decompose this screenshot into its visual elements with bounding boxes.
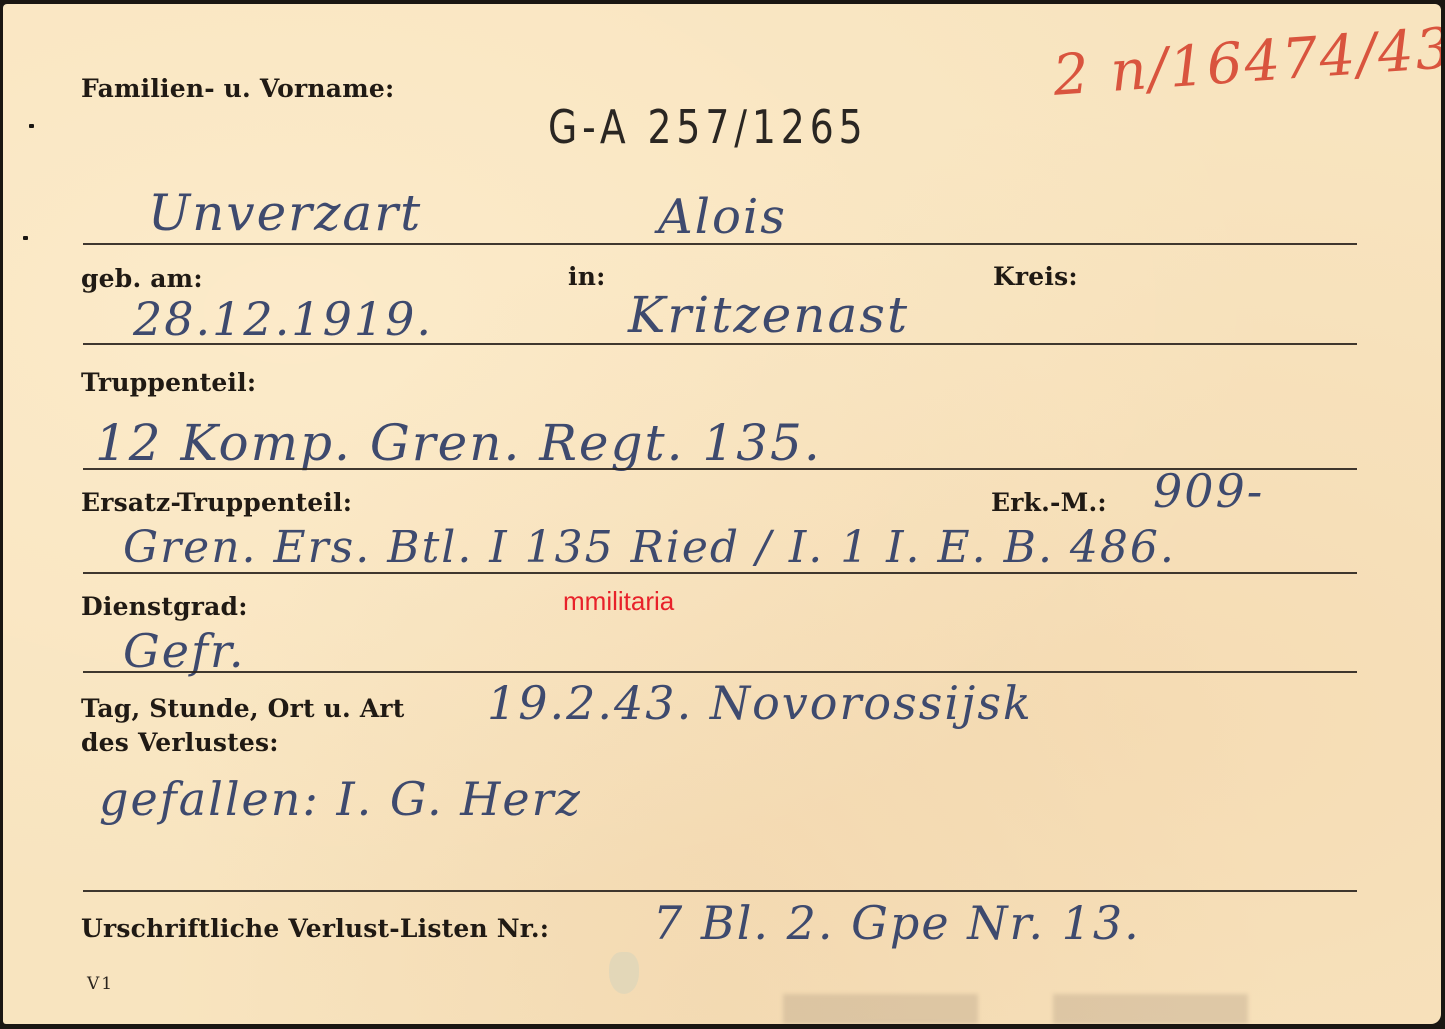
district-label: Kreis:	[993, 262, 1078, 291]
red-reference-number: 2 n/16474/43.	[1051, 15, 1441, 109]
unit-label: Truppenteil:	[81, 368, 256, 397]
surname-value: Unverzart	[148, 184, 422, 242]
replacement-unit-rule	[83, 572, 1357, 574]
loss-label-line1: Tag, Stunde, Ort u. Art	[81, 694, 405, 723]
loss-circumstance-value: gefallen: I. G. Herz	[99, 772, 582, 826]
replacement-unit-value: Gren. Ers. Btl. I 135 Ried / I. 1 I. E. …	[123, 522, 1176, 573]
rank-rule	[83, 671, 1357, 673]
typed-file-number: G-A 257/1265	[548, 100, 868, 154]
loss-label-line2: des Verlustes:	[81, 728, 279, 757]
birth-date-value: 28.12.1919.	[133, 292, 433, 346]
name-label: Familien- u. Vorname:	[81, 74, 394, 103]
loss-lists-value: 7 Bl. 2. Gpe Nr. 13.	[653, 896, 1141, 950]
form-code: V1	[87, 974, 114, 994]
birth-place-label: in:	[568, 262, 606, 291]
given-name-value: Alois	[658, 189, 787, 245]
rank-value: Gefr.	[123, 624, 246, 678]
punch-mark	[29, 124, 34, 128]
birth-date-label: geb. am:	[81, 264, 203, 293]
rank-label: Dienstgrad:	[81, 592, 248, 621]
watermark: mmilitaria	[563, 586, 674, 617]
paper-smudge	[1053, 994, 1248, 1024]
birth-rule	[83, 343, 1357, 345]
index-card: Familien- u. Vorname: G-A 257/1265 2 n/1…	[3, 4, 1441, 1024]
paper-smudge	[783, 994, 978, 1024]
ekm-value: 909-	[1153, 464, 1264, 518]
faint-stamp-mark	[609, 952, 639, 994]
unit-value: 12 Komp. Gren. Regt. 135.	[95, 414, 822, 472]
name-rule	[83, 243, 1357, 245]
loss-lists-label: Urschriftliche Verlust-Listen Nr.:	[81, 914, 549, 943]
punch-mark	[23, 236, 28, 240]
loss-date-place-value: 19.2.43. Novorossijsk	[487, 676, 1033, 730]
ekm-label: Erk.-M.:	[991, 488, 1107, 517]
replacement-unit-label: Ersatz-Truppenteil:	[81, 488, 352, 517]
birth-place-value: Kritzenast	[628, 286, 909, 344]
loss-rule	[83, 890, 1357, 892]
